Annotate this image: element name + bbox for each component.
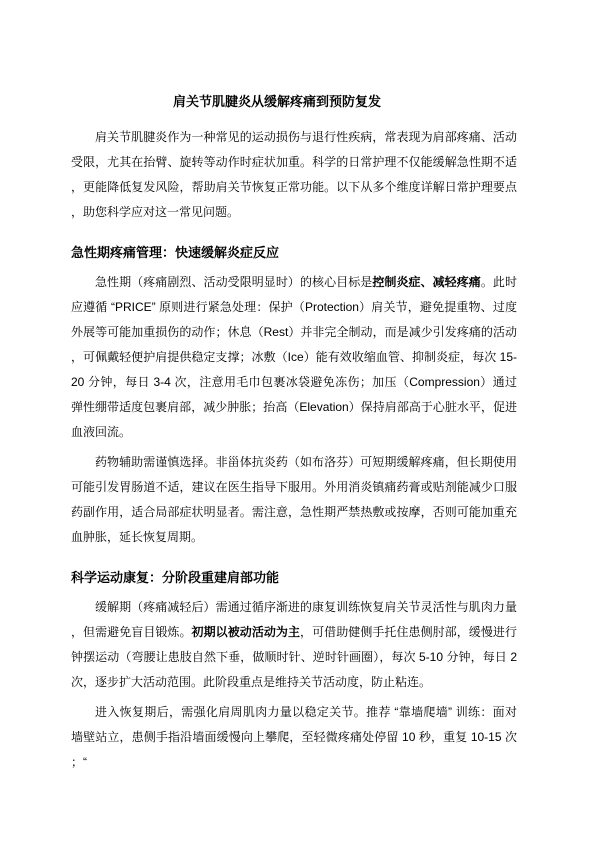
paragraph-recovery-strength: 进入恢复期后，需强化肩周肌肉力量以稳定关节。推荐 “靠墙爬墙” 训练：面对墙壁站… xyxy=(71,700,517,775)
text-run-bold: 科学运动康复：分阶段重建肩部功能 xyxy=(71,570,279,585)
text-run: 进入恢复期后，需强化肩周肌肉力量以稳定关节。推荐 “靠墙爬墙” 训练：面对墙壁站… xyxy=(71,705,517,769)
paragraph-price-principle: 急性期（疼痛剧烈、活动受限明显时）的核心目标是控制炎症、减轻疼痛。此时应遵循 “… xyxy=(71,270,517,445)
text-run-bold: 肩关节肌腱炎从缓解疼痛到预防复发 xyxy=(173,94,381,109)
text-run-bold: 初期以被动活动为主 xyxy=(192,625,301,639)
paragraph-passive-exercise: 缓解期（疼痛减轻后）需通过循序渐进的康复训练恢复肩关节灵活性与肌肉力量，但需避免… xyxy=(71,595,517,695)
document-title: 肩关节肌腱炎从缓解疼痛到预防复发 xyxy=(54,89,500,114)
paragraph-intro: 肩关节肌腱炎作为一种常见的运动损伤与退行性疾病，常表现为肩部疼痛、活动受限，尤其… xyxy=(71,125,517,225)
text-run: 急性期（疼痛剧烈、活动受限明显时）的核心目标是 xyxy=(95,275,372,289)
text-run-bold: 控制炎症、减轻疼痛 xyxy=(372,275,481,289)
document-content: 肩关节肌腱炎从缓解疼痛到预防复发肩关节肌腱炎作为一种常见的运动损伤与退行性疾病，… xyxy=(0,0,595,775)
heading-exercise-rehab: 科学运动康复：分阶段重建肩部功能 xyxy=(71,565,517,590)
text-run-bold: 急性期疼痛管理：快速缓解炎症反应 xyxy=(71,245,279,260)
heading-acute-pain-management: 急性期疼痛管理：快速缓解炎症反应 xyxy=(71,240,517,265)
text-run: 。此时应遵循 “PRICE” 原则进行紧急处理：保护（Protection）肩关… xyxy=(71,275,517,439)
text-run: 肩关节肌腱炎作为一种常见的运动损伤与退行性疾病，常表现为肩部疼痛、活动受限，尤其… xyxy=(71,130,517,219)
text-run: 药物辅助需谨慎选择。非甾体抗炎药（如布洛芬）可短期缓解疼痛，但长期使用可能引发胃… xyxy=(71,455,517,544)
document-page: 肩关节肌腱炎从缓解疼痛到预防复发肩关节肌腱炎作为一种常见的运动损伤与退行性疾病，… xyxy=(0,0,595,841)
paragraph-medication: 药物辅助需谨慎选择。非甾体抗炎药（如布洛芬）可短期缓解疼痛，但长期使用可能引发胃… xyxy=(71,450,517,550)
